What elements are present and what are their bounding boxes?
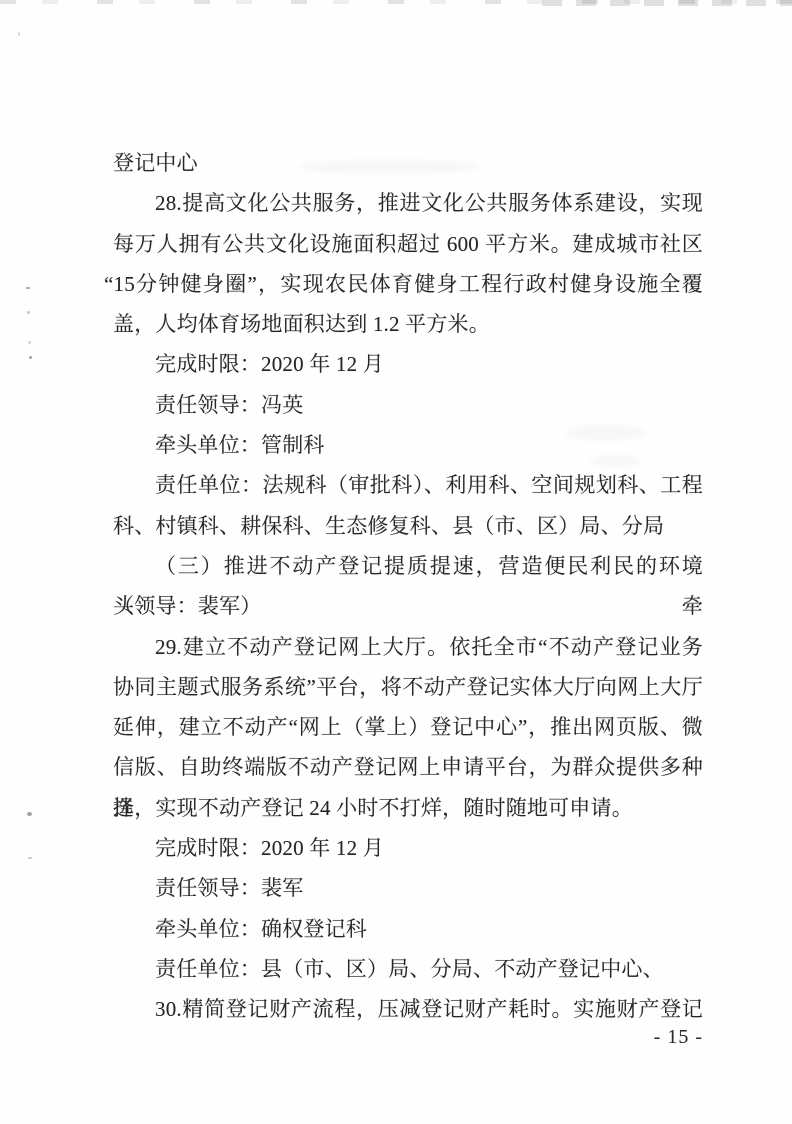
doc-line: 信版、自助终端版不动产登记网上申请平台，为群众提供多种选	[113, 747, 703, 787]
doc-line: 延伸，建立不动产“网上（掌上）登记中心”，推出网页版、微	[113, 707, 703, 747]
doc-line: 28.提高文化公共服务，推进文化公共服务体系建设，实现	[113, 183, 703, 223]
doc-line: 责任单位：法规科（审批科）、利用科、空间规划科、工程	[113, 465, 703, 505]
document-body: 登记中心 28.提高文化公共服务，推进文化公共服务体系建设，实现 每万人拥有公共…	[113, 143, 703, 1030]
scan-speckle	[28, 857, 32, 859]
doc-line: “15分钟健身圈”，实现农民体育健身工程行政村健身设施全覆	[113, 264, 703, 304]
page-number: - 15 -	[654, 1026, 703, 1049]
doc-line: 责任领导：冯英	[113, 385, 703, 425]
doc-line: 择，实现不动产登记 24 小时不打烊，随时随地可申请。	[113, 788, 703, 828]
doc-line: 科、村镇科、耕保科、生态修复科、县（市、区）局、分局	[113, 506, 703, 546]
doc-line: 盖，人均体育场地面积达到 1.2 平方米。	[113, 304, 703, 344]
doc-line: 责任领导：裴军	[113, 868, 703, 908]
doc-line: 牵头单位：管制科	[113, 425, 703, 465]
doc-line: 协同主题式服务系统”平台，将不动产登记实体大厅向网上大厅	[113, 667, 703, 707]
doc-line: （三）推进不动产登记提质提速，营造便民利民的环境（牵	[113, 546, 703, 586]
doc-line: 登记中心	[113, 143, 703, 183]
scan-speckle	[28, 341, 31, 344]
doc-line: 完成时限：2020 年 12 月	[113, 344, 703, 384]
scan-speckle	[29, 356, 32, 359]
scan-speckle	[18, 32, 20, 36]
scan-speckle	[27, 311, 30, 314]
doc-line: 责任单位：县（市、区）局、分局、不动产登记中心、	[113, 949, 703, 989]
scan-speckle	[27, 812, 32, 816]
doc-line: 牵头单位：确权登记科	[113, 909, 703, 949]
scan-speckle	[26, 287, 30, 289]
doc-line: 每万人拥有公共文化设施面积超过 600 平方米。建成城市社区	[113, 224, 703, 264]
doc-line: 29.建立不动产登记网上大厅。依托全市“不动产登记业务	[113, 627, 703, 667]
scan-noise-top-right	[542, 0, 792, 6]
doc-line: 完成时限：2020 年 12 月	[113, 828, 703, 868]
doc-line: 30.精简登记财产流程，压减登记财产耗时。实施财产登记	[113, 989, 703, 1029]
scanned-document-page: 登记中心 28.提高文化公共服务，推进文化公共服务体系建设，实现 每万人拥有公共…	[0, 0, 792, 1124]
